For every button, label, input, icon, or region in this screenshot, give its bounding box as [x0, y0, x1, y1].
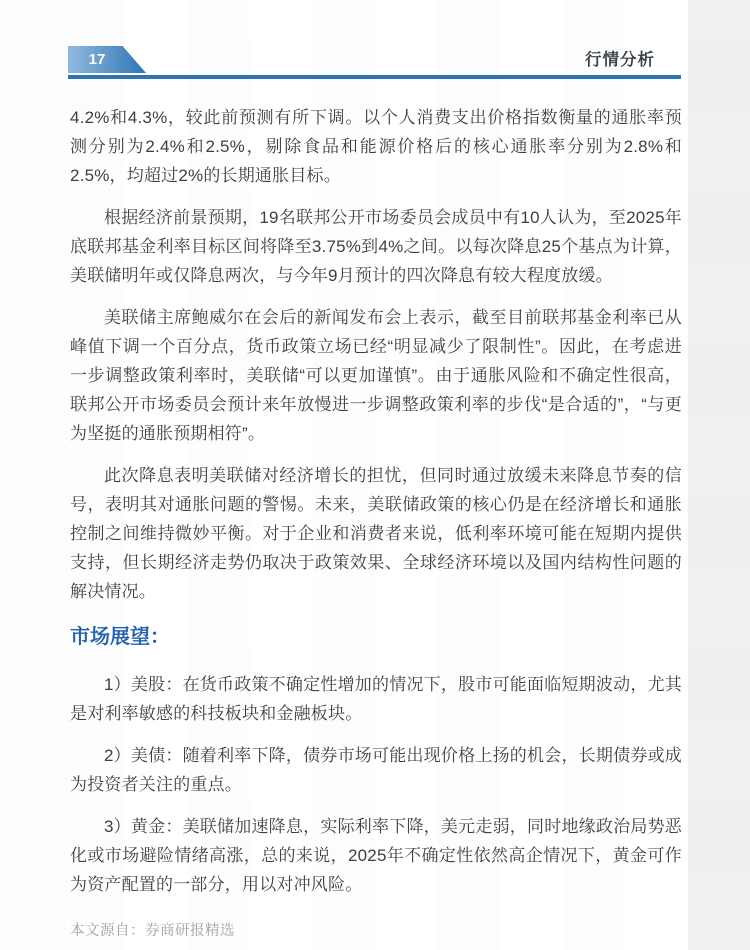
- header-divider: [68, 75, 681, 79]
- outlook-item-gold: 3）黄金：美联储加速降息，实际利率下降，美元走弱，同时地缘政治局势恶化或市场避险…: [70, 812, 682, 899]
- article-body: 4.2%和4.3%，较此前预测有所下调。以个人消费支出价格指数衡量的通胀率预测分…: [70, 103, 682, 941]
- section-title: 行情分析: [585, 46, 655, 70]
- paragraph: 此次降息表明美联储对经济增长的担忧，但同时通过放缓未来降息节奏的信号，表明其对通…: [70, 461, 682, 606]
- source-note: 本文源自：券商研报精选: [70, 921, 682, 941]
- paragraph: 根据经济前景预期，19名联邦公开市场委员会成员中有10人认为，至2025年底联邦…: [70, 203, 682, 290]
- outlook-item-bonds: 2）美债：随着利率下降，债券市场可能出现价格上扬的机会，长期债券或成为投资者关注…: [70, 741, 682, 799]
- outlook-item-stocks: 1）美股：在货币政策不确定性增加的情况下，股市可能面临短期波动，尤其是对利率敏感…: [70, 670, 682, 728]
- paragraph: 美联储主席鲍威尔在会后的新闻发布会上表示，截至目前联邦基金利率已从峰值下调一个百…: [70, 303, 682, 448]
- paragraph: 4.2%和4.3%，较此前预测有所下调。以个人消费支出价格指数衡量的通胀率预测分…: [70, 103, 682, 190]
- page-number: 17: [89, 46, 126, 73]
- document-page: 17 行情分析 4.2%和4.3%，较此前预测有所下调。以个人消费支出价格指数衡…: [0, 0, 750, 950]
- outlook-heading: 市场展望：: [70, 622, 682, 652]
